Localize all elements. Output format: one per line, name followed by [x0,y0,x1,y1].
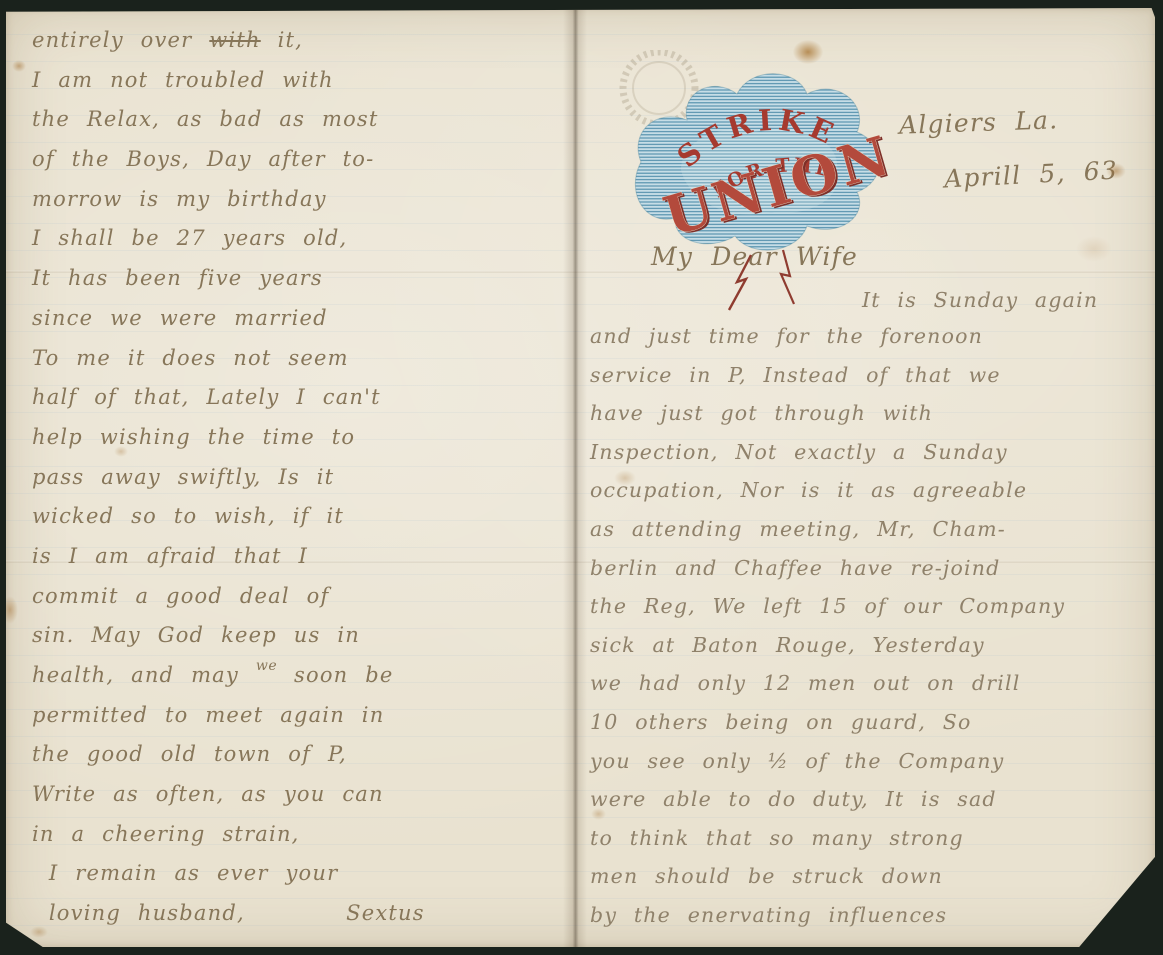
letter-segment: morrow is my birthday [32,187,327,211]
letter-line: pass away swiftly, Is it [32,465,572,505]
letter-segment: to think that so many strong [590,826,964,850]
union-letterhead-emblem: STRIKE FOR THE UNION UNION [601,50,903,318]
letter-segment: you see only ½ of the Company [590,749,1004,773]
letter-segment: since we were married [32,306,328,330]
letter-line: berlin and Chaffee have re-joind [590,556,1155,595]
letter-line: Write as often, as you can [32,782,572,822]
letter-segment: I am not troubled with [32,68,334,92]
letter-line: men should be struck down [590,864,1155,903]
letter-line: by the enervating influences [590,903,1155,942]
letter-segment: service in P, Instead of that we [590,363,1001,387]
letter-line: entirely over with it, [32,28,572,68]
letter-segment: pass away swiftly, Is it [32,465,334,489]
letter-segment: Inspection, Not exactly a Sunday [590,440,1008,464]
letter-segment: have just got through with [590,401,933,425]
date-line: Aprill 5, 63 [943,155,1118,193]
letter-line: half of that, Lately I can't [32,385,572,425]
letter-line: the Relax, as bad as most [32,107,572,147]
letter-line: Inspection, Not exactly a Sunday [590,440,1155,479]
letter-segment: berlin and Chaffee have re-joind [590,556,1001,580]
letter-line: To me it does not seem [32,346,572,386]
letter-segment-sup: we [256,658,277,674]
letter-segment: soon be [277,663,393,687]
foxing-stain [1076,236,1112,262]
letter-segment: of the Boys, Day after to- [32,147,374,171]
letter-segment: 10 others being on guard, So [590,710,972,734]
letter-segment: It has been five years [32,266,323,290]
letter-line: occupation, Nor is it as agreeable [590,478,1155,517]
letter-segment: sin. May God keep us in [32,623,360,647]
letter-line: I shall be 27 years old, [32,226,572,266]
letter-segment: men should be struck down [590,864,943,888]
letter-line: is I am afraid that I [32,544,572,584]
letter-line: I am not troubled with [32,68,572,108]
letter-line: and just time for the forenoon [590,324,1155,363]
letter-line: help wishing the time to [32,425,572,465]
letter-line: I remain as ever your [32,861,572,901]
right-page-text: and just time for the forenoonservice in… [590,324,1155,942]
letter-segment: it, [261,28,303,52]
letter-segment: commit a good deal of [32,584,330,608]
letter-segment: the Reg, We left 15 of our Company [590,594,1065,618]
letter-line: you see only ½ of the Company [590,749,1155,788]
letter-line: health, and may we soon be [32,663,572,703]
place-line: Algiers La. [899,105,1059,140]
letter-segment: To me it does not seem [32,346,349,370]
letter-segment: I shall be 27 years old, [32,226,347,250]
embossed-seal [623,52,695,124]
foxing-stain [6,596,18,624]
letter-line: to think that so many strong [590,826,1155,865]
letter-line: the good old town of P, [32,742,572,782]
letter-segment: sick at Baton Rouge, Yesterday [590,633,985,657]
letter-line: It has been five years [32,266,572,306]
letter-segment: in a cheering strain, [32,822,300,846]
letter-line: sick at Baton Rouge, Yesterday [590,633,1155,672]
center-fold [563,8,587,947]
letter-segment: permitted to meet again in [32,703,384,727]
letter-segment: the good old town of P, [32,742,347,766]
letter-line: of the Boys, Day after to- [32,147,572,187]
letter-segment: help wishing the time to [32,425,355,449]
letter-segment: the Relax, as bad as most [32,107,379,131]
letter-line: sin. May God keep us in [32,623,572,663]
letter-segment: were able to do duty, It is sad [590,787,997,811]
lightning-bolt-icon [781,250,794,304]
letter-line: 10 others being on guard, So [590,710,1155,749]
letter-line: service in P, Instead of that we [590,363,1155,402]
letter-line: morrow is my birthday [32,187,572,227]
letter-segment: we had only 12 men out on drill [590,671,1021,695]
letter-segment: entirely over [32,28,209,52]
letter-segment: loving husband, Sextus [32,901,425,925]
letter-segment: as attending meeting, Mr, Cham- [590,517,1006,541]
letter-segment: is I am afraid that I [32,544,308,568]
letter-line: wicked so to wish, if it [32,504,572,544]
letter-line: in a cheering strain, [32,822,572,862]
letter-line: the Reg, We left 15 of our Company [590,594,1155,633]
letter-line: we had only 12 men out on drill [590,671,1155,710]
letter-paper: entirely over with it,I am not troubled … [6,8,1155,947]
letter-line: loving husband, Sextus [32,901,572,941]
letter-segment: half of that, Lately I can't [32,385,381,409]
left-page-text: entirely over with it,I am not troubled … [32,28,572,941]
letter-scan: entirely over with it,I am not troubled … [0,0,1163,955]
letter-segment: occupation, Nor is it as agreeable [590,478,1027,502]
letter-line: commit a good deal of [32,584,572,624]
letter-segment: by the enervating influences [590,903,947,927]
letter-line: permitted to meet again in [32,703,572,743]
foxing-stain [12,60,26,72]
letter-segment: and just time for the forenoon [590,324,983,348]
letter-segment: I remain as ever your [32,861,338,885]
letter-segment: health, and may [32,663,256,687]
letter-line: were able to do duty, It is sad [590,787,1155,826]
letter-segment-strike: with [209,28,260,52]
letter-line: since we were married [32,306,572,346]
letter-line: as attending meeting, Mr, Cham- [590,517,1155,556]
letter-line: have just got through with [590,401,1155,440]
lightning-bolt-icon [729,255,751,310]
letter-segment: wicked so to wish, if it [32,504,344,528]
letter-segment: Write as often, as you can [32,782,384,806]
